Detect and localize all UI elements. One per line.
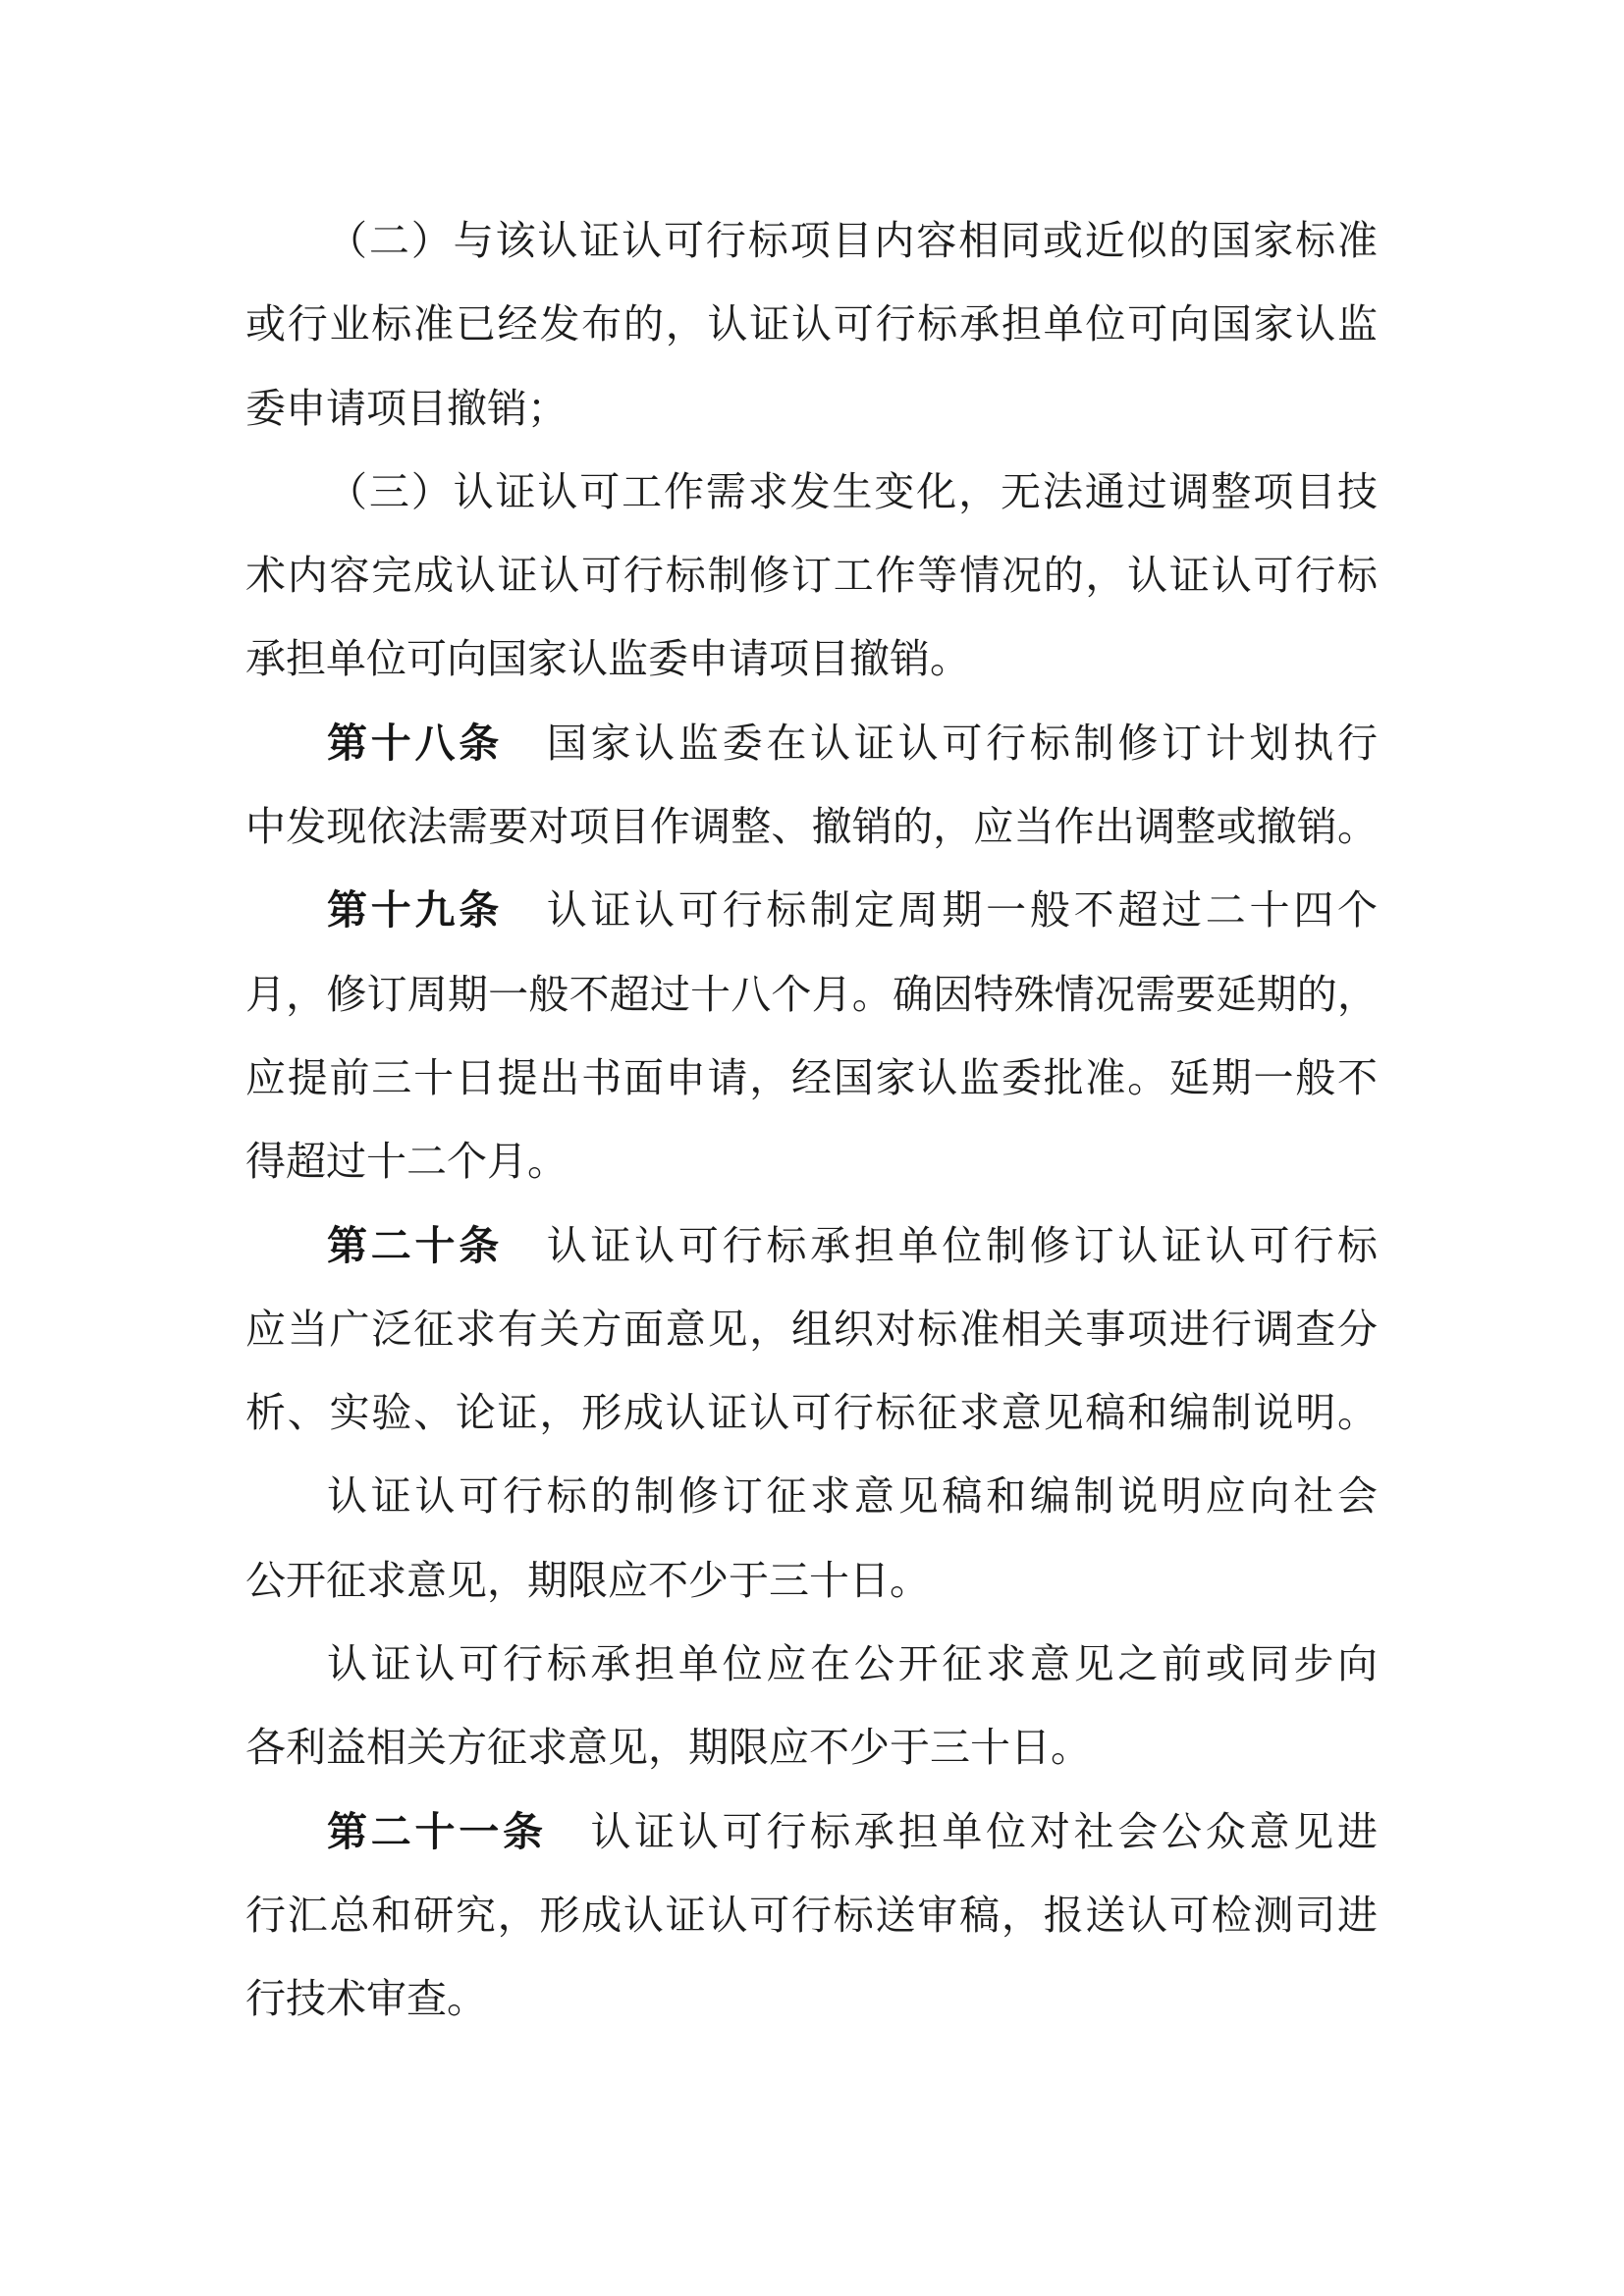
text-line: 认证认可行标承担单位应在公开征求意见之前或同步向 xyxy=(245,1623,1378,1706)
text-segment: 各利益相关方征求意见，期限应不少于三十日。 xyxy=(245,1725,1091,1770)
text-segment: （二）与该认证认可行标项目内容相同或近似的国家标准 xyxy=(327,218,1378,263)
text-line: 行汇总和研究，形成认证认可行标送审稿，报送认可检测司进 xyxy=(245,1874,1378,1957)
article-number: 第十八条 xyxy=(327,721,503,766)
text-segment: 国家认监委在认证认可行标制修订计划执行 xyxy=(503,721,1378,766)
text-segment: 或行业标准已经发布的，认证认可行标承担单位可向国家认监 xyxy=(245,301,1378,347)
text-line: 应提前三十日提出书面申请，经国家认监委批准。延期一般不 xyxy=(245,1037,1378,1120)
text-segment: 得超过十二个月。 xyxy=(245,1139,568,1184)
text-line: 中发现依法需要对项目作调整、撤销的，应当作出调整或撤销。 xyxy=(245,785,1378,869)
article-number: 第二十一条 xyxy=(327,1809,547,1854)
text-segment: 承担单位可向国家认监委申请项目撤销。 xyxy=(245,636,970,681)
text-segment: 月，修订周期一般不超过十八个月。确因特殊情况需要延期的， xyxy=(245,972,1378,1017)
text-segment: 析、实验、论证，形成认证认可行标征求意见稿和编制说明。 xyxy=(245,1390,1378,1435)
text-line: 承担单位可向国家认监委申请项目撤销。 xyxy=(245,617,1378,701)
text-segment: 术内容完成认证认可行标制修订工作等情况的，认证认可行标 xyxy=(245,553,1378,598)
text-line: 认证认可行标的制修订征求意见稿和编制说明应向社会 xyxy=(245,1455,1378,1538)
text-segment: 认证认可行标承担单位应在公开征求意见之前或同步向 xyxy=(327,1641,1378,1686)
document-page: （二）与该认证认可行标项目内容相同或近似的国家标准或行业标准已经发布的，认证认可… xyxy=(0,0,1624,2296)
text-line: （二）与该认证认可行标项目内容相同或近似的国家标准 xyxy=(245,199,1378,283)
text-line: 各利益相关方征求意见，期限应不少于三十日。 xyxy=(245,1706,1378,1789)
text-line: 行技术审查。 xyxy=(245,1957,1378,2041)
text-line: 析、实验、论证，形成认证认可行标征求意见稿和编制说明。 xyxy=(245,1371,1378,1455)
text-line: （三）认证认可工作需求发生变化，无法通过调整项目技 xyxy=(245,451,1378,534)
text-segment: （三）认证认可工作需求发生变化，无法通过调整项目技 xyxy=(327,469,1378,514)
text-segment: 认证认可行标承担单位制修订认证认可行标 xyxy=(503,1223,1378,1268)
article-number: 第二十条 xyxy=(327,1223,503,1268)
text-segment: 中发现依法需要对项目作调整、撤销的，应当作出调整或撤销。 xyxy=(245,804,1378,849)
text-segment: 认证认可行标的制修订征求意见稿和编制说明应向社会 xyxy=(327,1473,1378,1519)
text-line: 委申请项目撤销； xyxy=(245,367,1378,451)
text-segment: 委申请项目撤销； xyxy=(245,386,568,431)
text-line: 公开征求意见，期限应不少于三十日。 xyxy=(245,1539,1378,1623)
text-line: 第十九条 认证认可行标制定周期一般不超过二十四个 xyxy=(245,869,1378,952)
text-segment: 应当广泛征求有关方面意见，组织对标准相关事项进行调查分 xyxy=(245,1307,1378,1352)
text-segment: 应提前三十日提出书面申请，经国家认监委批准。延期一般不 xyxy=(245,1055,1378,1100)
text-line: 或行业标准已经发布的，认证认可行标承担单位可向国家认监 xyxy=(245,283,1378,366)
text-line: 月，修订周期一般不超过十八个月。确因特殊情况需要延期的， xyxy=(245,953,1378,1037)
text-line: 第二十一条 认证认可行标承担单位对社会公众意见进 xyxy=(245,1790,1378,1874)
text-segment: 行技术审查。 xyxy=(245,1976,487,2021)
text-line: 得超过十二个月。 xyxy=(245,1120,1378,1203)
text-segment: 公开征求意见，期限应不少于三十日。 xyxy=(245,1558,930,1603)
text-segment: 认证认可行标制定周期一般不超过二十四个 xyxy=(503,887,1378,933)
article-number: 第十九条 xyxy=(327,887,503,933)
text-segment: 认证认可行标承担单位对社会公众意见进 xyxy=(547,1809,1378,1854)
text-line: 第二十条 认证认可行标承担单位制修订认证认可行标 xyxy=(245,1204,1378,1288)
text-line: 应当广泛征求有关方面意见，组织对标准相关事项进行调查分 xyxy=(245,1288,1378,1371)
text-line: 第十八条 国家认监委在认证认可行标制修订计划执行 xyxy=(245,702,1378,785)
document-text-block: （二）与该认证认可行标项目内容相同或近似的国家标准或行业标准已经发布的，认证认可… xyxy=(245,199,1378,2042)
text-line: 术内容完成认证认可行标制修订工作等情况的，认证认可行标 xyxy=(245,534,1378,617)
text-segment: 行汇总和研究，形成认证认可行标送审稿，报送认可检测司进 xyxy=(245,1893,1378,1938)
